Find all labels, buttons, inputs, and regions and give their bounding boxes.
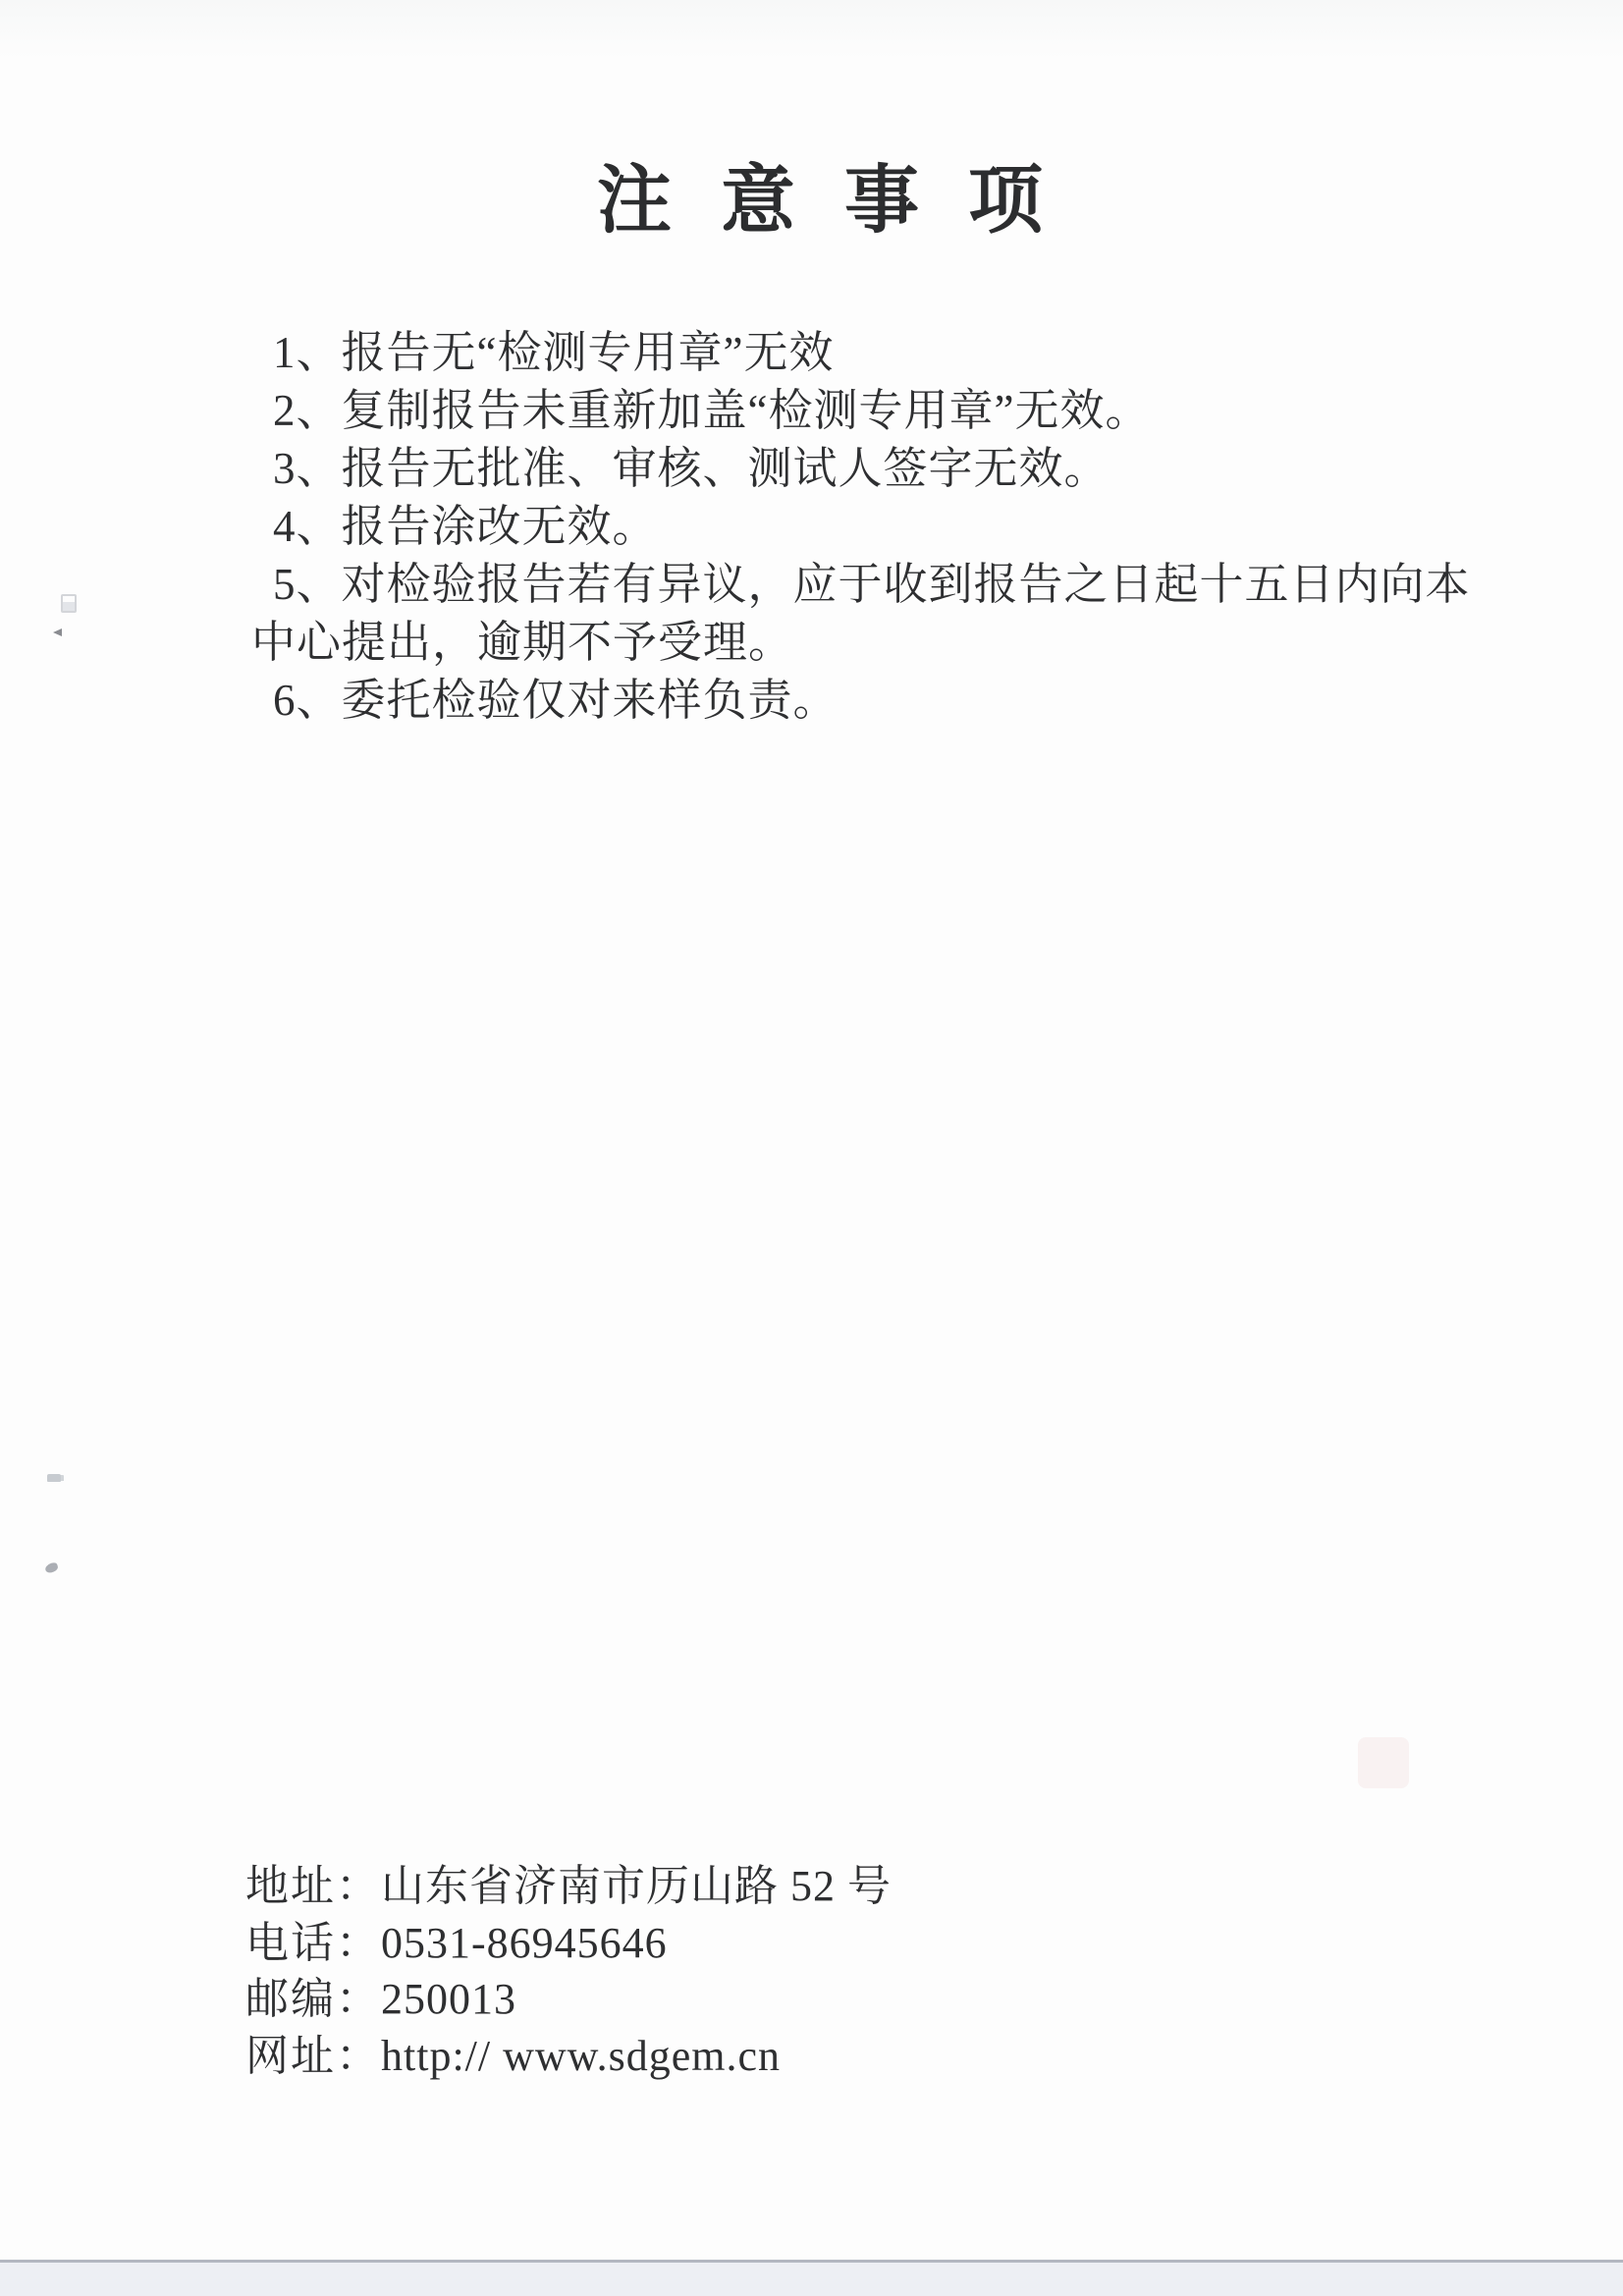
contact-address-label: 地址： (245, 1862, 381, 1910)
contact-phone-label: 电话： (245, 1919, 381, 1967)
notice-list: 1、报告无“检测专用章”无效 2、复制报告未重新加盖“检测专用章”无效。 3、报… (251, 324, 1498, 730)
contact-address: 地址：山东省济南市历山路 52 号 (245, 1858, 892, 1915)
scan-artifact-arrow (53, 629, 62, 636)
contact-phone-value: 0531-86945646 (381, 1919, 668, 1967)
contact-postcode: 邮编：250013 (245, 1971, 892, 2028)
notice-item-5-line-1: 5、对检验报告若有异议，应于收到报告之日起十五日内向本 (251, 556, 1498, 614)
contact-website: 网址：http:// www.sdgem.cn (245, 2028, 892, 2085)
contact-website-label: 网址： (245, 2032, 381, 2080)
scan-bottom-edge (0, 2260, 1623, 2296)
scan-artifact-mark-2 (44, 1561, 59, 1574)
scan-artifact-square (61, 594, 77, 613)
contact-postcode-label: 邮编： (245, 1975, 381, 2023)
notice-item-1: 1、报告无“检测专用章”无效 (251, 324, 1498, 382)
notice-item-4: 4、报告涂改无效。 (251, 498, 1498, 556)
contact-phone: 电话：0531-86945646 (245, 1915, 892, 1972)
notice-item-6: 6、委托检验仅对来样负责。 (251, 672, 1498, 730)
notice-item-2: 2、复制报告未重新加盖“检测专用章”无效。 (251, 382, 1498, 440)
contact-website-value: http:// www.sdgem.cn (381, 2032, 781, 2080)
contact-postcode-value: 250013 (381, 1975, 516, 2023)
scan-artifact-mark-1 (47, 1474, 61, 1482)
document-page: 注意事项 1、报告无“检测专用章”无效 2、复制报告未重新加盖“检测专用章”无效… (0, 0, 1623, 2296)
notice-item-5-line-2: 中心提出，逾期不予受理。 (251, 614, 1498, 672)
notice-item-3: 3、报告无批准、审核、测试人签字无效。 (251, 440, 1498, 498)
page-title: 注意事项 (597, 163, 1092, 242)
scan-artifact-blotch (1358, 1737, 1409, 1788)
contact-address-value: 山东省济南市历山路 52 号 (381, 1862, 892, 1910)
contact-info: 地址：山东省济南市历山路 52 号 电话：0531-86945646 邮编：25… (245, 1858, 892, 2084)
